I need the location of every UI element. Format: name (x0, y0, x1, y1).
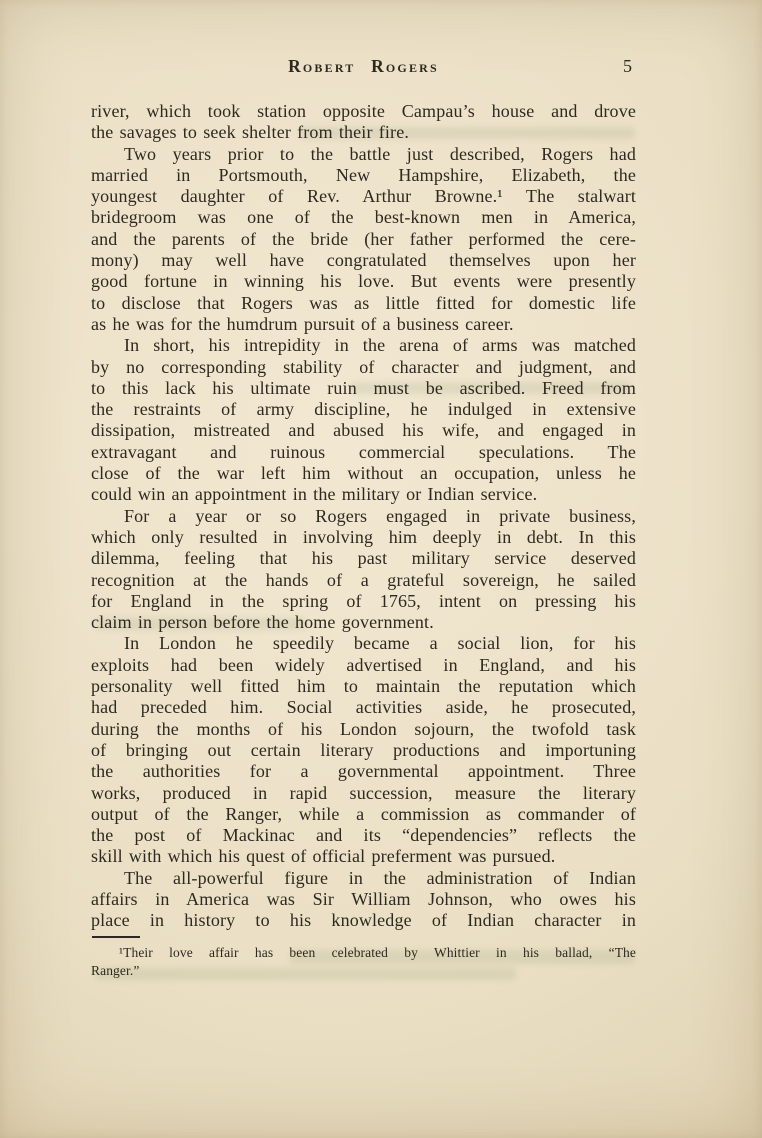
paragraph: For a year or so Rogers engaged in priva… (91, 506, 636, 634)
text-line: affairs in America was Sir William Johns… (91, 889, 636, 910)
text-line: to disclose that Rogers was as little fi… (91, 293, 636, 314)
paragraph: river, which took station opposite Campa… (91, 101, 636, 144)
text-line: skill with which his quest of official p… (91, 846, 636, 867)
footnote: ¹Their love affair has been celebrated b… (91, 936, 636, 979)
text-line: mony) may well have congratulated themse… (91, 250, 636, 271)
text-line: In short, his intrepidity in the arena o… (91, 335, 636, 356)
book-page: Robert Rogers 5 river, which took statio… (0, 0, 762, 1138)
text-line: the authorities for a governmental appoi… (91, 761, 636, 782)
text-line: bridegroom was one of the best-known men… (91, 207, 636, 228)
text-line: which only resulted in involving him dee… (91, 527, 636, 548)
text-line: extravagant and ruinous commercial specu… (91, 442, 636, 463)
text-line: works, produced in rapid succession, mea… (91, 783, 636, 804)
text-line: Two years prior to the battle just descr… (91, 144, 636, 165)
page-number: 5 (623, 56, 632, 77)
text-line: exploits had been widely advertised in E… (91, 655, 636, 676)
text-line: youngest daughter of Rev. Arthur Browne.… (91, 186, 636, 207)
footnote-line: ¹Their love affair has been celebrated b… (91, 944, 636, 962)
text-line: could win an appointment in the military… (91, 484, 636, 505)
text-line: place in history to his knowledge of Ind… (91, 910, 636, 931)
text-line: good fortune in winning his love. But ev… (91, 271, 636, 292)
text-line: and the parents of the bride (her father… (91, 229, 636, 250)
footnote-text: ¹Their love affair has been celebrated b… (91, 944, 636, 979)
text-line: to this lack his ultimate ruin must be a… (91, 378, 636, 399)
page-header: Robert Rogers 5 (91, 56, 636, 80)
text-line: married in Portsmouth, New Hampshire, El… (91, 165, 636, 186)
text-line: claim in person before the home governme… (91, 612, 636, 633)
text-line: dissipation, mistreated and abused his w… (91, 420, 636, 441)
footnote-line: Ranger.” (91, 962, 636, 980)
text-line: as he was for the humdrum pursuit of a b… (91, 314, 636, 335)
paragraph: In London he speedily became a social li… (91, 633, 636, 867)
text-line: by no corresponding stability of charact… (91, 357, 636, 378)
text-line: had preceded him. Social activities asid… (91, 697, 636, 718)
text-line: For a year or so Rogers engaged in priva… (91, 506, 636, 527)
footnote-rule (92, 936, 140, 938)
paragraph: Two years prior to the battle just descr… (91, 144, 636, 336)
text-line: river, which took station opposite Campa… (91, 101, 636, 122)
text-line: dilemma, feeling that his past military … (91, 548, 636, 569)
text-line: recognition at the hands of a grateful s… (91, 570, 636, 591)
body-text: river, which took station opposite Campa… (91, 101, 636, 932)
paragraph: The all-powerful figure in the administr… (91, 868, 636, 932)
text-line: The all-powerful figure in the administr… (91, 868, 636, 889)
running-title: Robert Rogers (91, 56, 636, 77)
text-line: the restraints of army discipline, he in… (91, 399, 636, 420)
text-line: the post of Mackinac and its “dependenci… (91, 825, 636, 846)
paragraph: In short, his intrepidity in the arena o… (91, 335, 636, 505)
text-line: close of the war left him without an occ… (91, 463, 636, 484)
text-line: output of the Ranger, while a commission… (91, 804, 636, 825)
text-line: during the months of his London sojourn,… (91, 719, 636, 740)
text-line: In London he speedily became a social li… (91, 633, 636, 654)
text-line: for England in the spring of 1765, inten… (91, 591, 636, 612)
text-line: of bringing out certain literary product… (91, 740, 636, 761)
text-line: the savages to seek shelter from their f… (91, 122, 636, 143)
text-line: personality well fitted him to maintain … (91, 676, 636, 697)
